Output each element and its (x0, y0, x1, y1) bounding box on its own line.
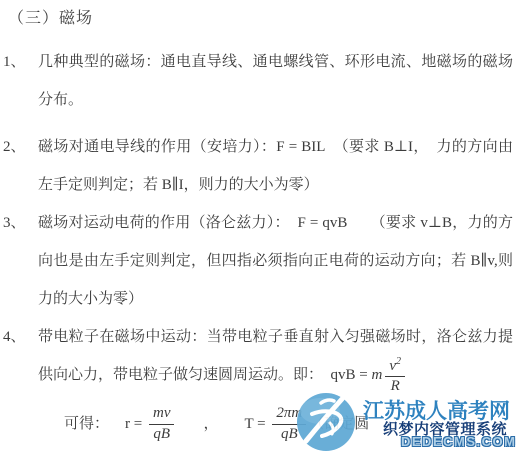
exponent: 2 (396, 356, 401, 367)
comma-separator: ， (203, 416, 218, 432)
document: （三）磁场 1、 几种典型的磁场：通电直导线、通电螺线管、环形电流、地磁场的磁场… (0, 0, 519, 452)
formula-ampere-force: F = BIL (276, 139, 325, 155)
item-number: 3、 (3, 204, 26, 242)
item-text: 磁场对运动电荷的作用（洛仑兹力）： (38, 215, 298, 231)
formula-coefficient: m (372, 367, 383, 383)
item-number: 2、 (3, 128, 26, 166)
equals-sign: = (134, 416, 142, 432)
equals-sign: = (359, 367, 367, 383)
list-item-4: 4、 带电粒子在磁场中运动：当带电粒子垂直射入匀强磁场时，洛仑兹力提供向心力，带… (0, 318, 519, 396)
item-number: 4、 (3, 318, 26, 356)
list-item-2: 2、 磁场对通电导线的作用（安培力）：F = BIL （要求 B⊥I， 力的方向… (0, 128, 519, 204)
formula-lhs: qvB (331, 367, 356, 383)
page-title: （三）磁场 (0, 0, 519, 31)
fraction-numerator: mv (149, 405, 175, 424)
jiangsu-chengkao-logo-icon (297, 393, 355, 451)
item-text: 磁场对通电导线的作用（安培力）： (38, 139, 276, 155)
formula-lhs: r (125, 416, 130, 432)
list-item-3: 3、 磁场对运动电荷的作用（洛仑兹力）： F = qvB （要求 v⊥B，力的方… (0, 204, 519, 318)
formula-lhs: T (245, 416, 254, 432)
fraction-numerator: v2 (385, 356, 405, 377)
fraction-mv-over-qB: mvqB (149, 405, 175, 443)
item-text: 几种典型的磁场：通电直导线、通电螺线管、环形电流、地磁场的磁场分布。 (38, 54, 513, 108)
watermark: 江苏成人高考网 织梦内容管理系统 DEDECMS.COM (297, 390, 519, 452)
list-item-1: 1、 几种典型的磁场：通电直导线、通电螺线管、环形电流、地磁场的磁场分布。 (0, 43, 519, 119)
derived-label: 可得： (64, 416, 109, 432)
item-text: 带电粒子在磁场中运动：当带电粒子垂直射入匀强磁场时，洛仑兹力提供向心力，带电粒子… (38, 329, 513, 383)
formula-circular-motion: qvB = mv2R (331, 367, 409, 383)
equals-sign: = (257, 416, 265, 432)
fraction-denominator: qB (149, 425, 175, 443)
watermark-cms-domain: DEDECMS.COM (401, 434, 516, 449)
formula-radius: r = mvqB (125, 416, 177, 432)
item-number: 1、 (3, 43, 26, 81)
formula-lorentz-force: F = qvB (298, 215, 348, 231)
